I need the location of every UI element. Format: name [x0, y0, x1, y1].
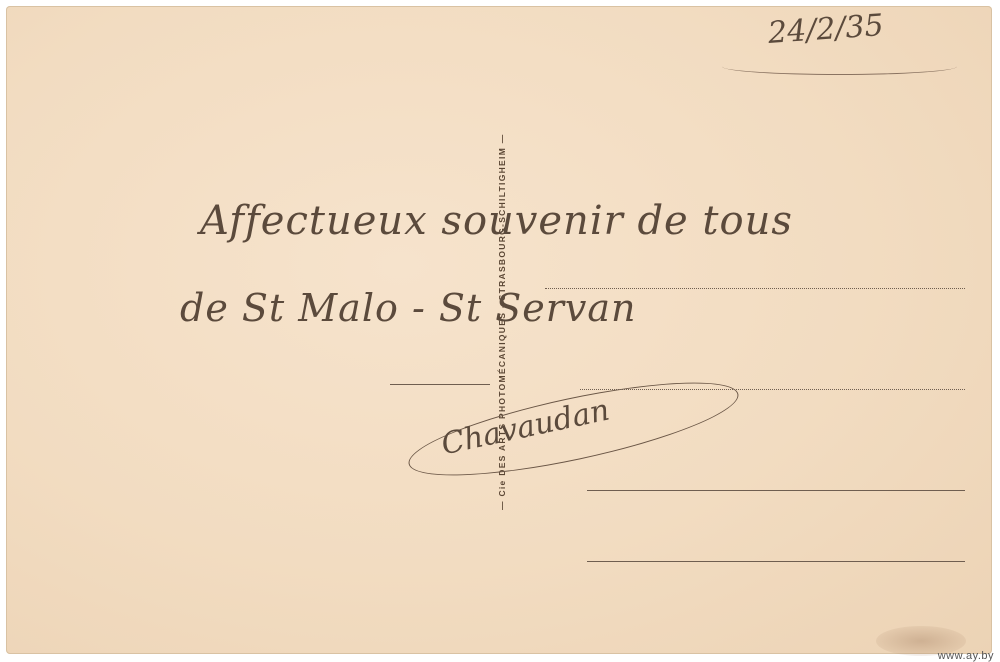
address-line-3 [587, 490, 965, 491]
address-line-4 [587, 561, 965, 562]
address-line-2 [580, 389, 965, 390]
watermark: www.ay.by [938, 650, 994, 662]
handwritten-message-line-1: Affectueux souvenir de tous [200, 198, 793, 244]
handwritten-message-line-2: de St Malo - St Servan [180, 286, 637, 330]
address-line-stub [390, 384, 490, 385]
date-underline [722, 58, 957, 75]
address-line-1 [545, 288, 965, 289]
